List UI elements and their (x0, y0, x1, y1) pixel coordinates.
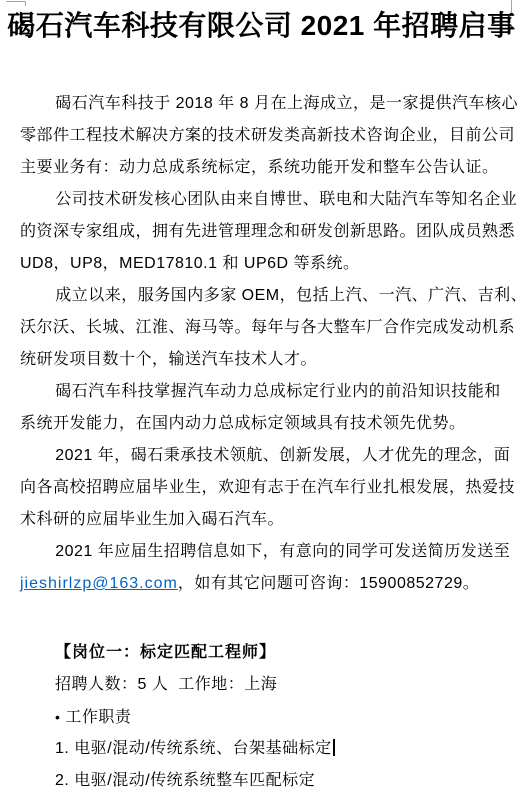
contact-line[interactable]: jieshirlzp@163.com，如有其它问题可咨询：15900852729… (20, 568, 503, 600)
contact-paragraph: jieshirlzp@163.com，如有其它问题可咨询：15900852729… (20, 568, 503, 600)
intro-paragraphs: 碣石汽车科技于 2018 年 8 月在上海成立，是一家提供汽车核心零部件工程技术… (20, 88, 503, 568)
paragraph-4-line-2[interactable]: 系统开发能力，在国内动力总成标定领域具有技术领先优势。 (20, 408, 503, 440)
paragraph-3-line-1[interactable]: 成立以来，服务国内多家 OEM，包括上汽、一汽、广汽、吉利、 (20, 280, 503, 312)
duty-item-1-text: 1. 电驱/混动/传统系统、台架基础标定 (55, 740, 332, 757)
document-title: 碣石汽车科技有限公司 2021 年招聘启事 (0, 4, 523, 48)
job-section: 【岗位一：标定匹配工程师】 招聘人数：5 人 工作地：上海 • 工作职责 1. … (55, 637, 503, 797)
bullet-icon: • (55, 709, 60, 725)
paragraph-3-line-2[interactable]: 沃尔沃、长城、江淮、海马等。每年与各大整车厂合作完成发动机系 (20, 312, 503, 344)
contact-line-text: ，如有其它问题可咨询：15900852729。 (178, 575, 479, 592)
page-margin-mark-top-right-icon (511, 0, 512, 13)
email-link[interactable]: jieshirlzp@163.com (20, 575, 178, 592)
paragraph-2-line-2[interactable]: 的资深专家组成，拥有先进管理理念和研发创新思路。团队成员熟悉 (20, 216, 503, 248)
job-section-heading[interactable]: 【岗位一：标定匹配工程师】 (55, 637, 503, 669)
document-page[interactable]: 碣石汽车科技有限公司 2021 年招聘启事 碣石汽车科技于 2018 年 8 月… (0, 0, 523, 803)
job-duties-line[interactable]: • 工作职责 (55, 701, 503, 733)
paragraph-3-line-3[interactable]: 统研发项目数十个，输送汽车技术人才。 (20, 344, 503, 376)
paragraph-1-line-3[interactable]: 主要业务有：动力总成系统标定，系统功能开发和整车公告认证。 (20, 152, 503, 184)
paragraph-5-line-3[interactable]: 术科研的应届毕业生加入碣石汽车。 (20, 504, 503, 536)
page-margin-mark-top-left-icon (6, 1, 26, 6)
paragraph-1-line-2[interactable]: 零部件工程技术解决方案的技术研发类高新技术咨询企业，目前公司 (20, 120, 503, 152)
paragraph-2-line-3[interactable]: UD8，UP8，MED17810.1 和 UP6D 等系统。 (20, 248, 503, 280)
paragraph-2-line-1[interactable]: 公司技术研发核心团队由来自博世、联电和大陆汽车等知名企业 (20, 184, 503, 216)
paragraph-5-line-2[interactable]: 向各高校招聘应届毕业生，欢迎有志于在汽车行业扎根发展，热爱技 (20, 472, 503, 504)
paragraph-6-line-1[interactable]: 2021 年应届生招聘信息如下，有意向的同学可发送简历发送至 (20, 536, 503, 568)
duty-item-1[interactable]: 1. 电驱/混动/传统系统、台架基础标定 (55, 733, 503, 765)
text-cursor (333, 739, 335, 756)
job-headcount-line[interactable]: 招聘人数：5 人 工作地：上海 (55, 669, 503, 701)
duty-item-2[interactable]: 2. 电驱/混动/传统系统整车匹配标定 (55, 765, 503, 797)
paragraph-1-line-1[interactable]: 碣石汽车科技于 2018 年 8 月在上海成立，是一家提供汽车核心 (20, 88, 503, 120)
duties-label: 工作职责 (65, 709, 131, 726)
paragraph-4-line-1[interactable]: 碣石汽车科技掌握汽车动力总成标定行业内的前沿知识技能和 (20, 376, 503, 408)
paragraph-5-line-1[interactable]: 2021 年，碣石秉承技术领航、创新发展，人才优先的理念，面 (20, 440, 503, 472)
